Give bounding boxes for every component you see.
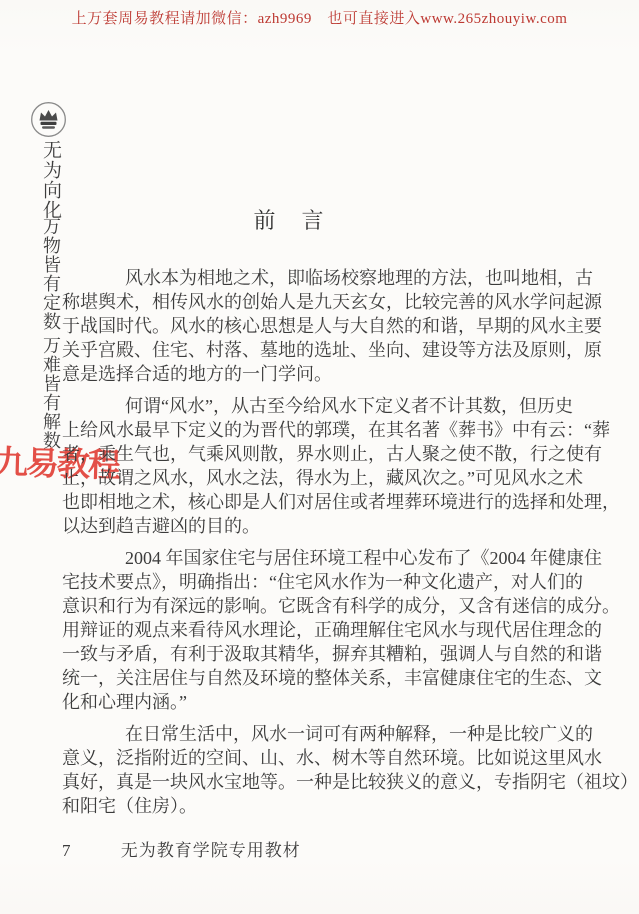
paragraph: 在日常生活中，风水一词可有两种解释，一种是比较广义的意义，泛指附近的空间、山、水… — [62, 722, 592, 818]
text-line: 何谓“风水”，从古至今给风水下定义者不计其数，但历史 — [62, 394, 592, 418]
text-line: 用辩证的观点来看待风水理论，正确理解住宅风水与现代居住理念的 — [62, 618, 592, 642]
publisher-logo — [30, 101, 67, 138]
text-line: 在日常生活中，风水一词可有两种解释，一种是比较广义的 — [62, 722, 592, 746]
text-line: 和阳宅（住房）。 — [62, 794, 592, 818]
brand-name-vertical: 无为向化 — [37, 140, 64, 220]
text-line: 以达到趋吉避凶的目的。 — [62, 514, 592, 538]
paragraph: 2004 年国家住宅与居住环境工程中心发布了《2004 年健康住宅技术要点》，明… — [62, 546, 592, 714]
paragraph: 何谓“风水”，从古至今给风水下定义者不计其数，但历史上给风水最早下定义的为晋代的… — [62, 394, 592, 538]
promo-text: 上万套周易教程请加微信：azh9969 也可直接进入www.265zhouyiw… — [72, 11, 568, 27]
text-line: 称堪舆术，相传风水的创始人是九天玄女，比较完善的风水学问起源 — [62, 290, 592, 314]
sidebar-motto-1: 万物皆有定数 — [38, 217, 64, 331]
text-line: 上给风水最早下定义的为晋代的郭璞，在其名著《葬书》中有云：“葬 — [62, 418, 592, 442]
text-line: 意识和行为有深远的影响。它既含有科学的成分，又含有迷信的成分。 — [62, 594, 592, 618]
text-line: 止，故谓之风水，风水之法，得水为上，藏风次之。”可见风水之术 — [62, 466, 592, 490]
scanned-document-page: 上万套周易教程请加微信：azh9969 也可直接进入www.265zhouyiw… — [0, 0, 639, 914]
paragraph: 风水本为相地之术，即临场校察地理的方法，也叫地相，古称堪舆术，相传风水的创始人是… — [62, 266, 592, 386]
text-line: 统一，关注居住与自然及环境的整体关系，丰富健康住宅的生态、文 — [62, 666, 592, 690]
text-line: 者，乘生气也，气乘风则散，界水则止，古人聚之使不散，行之使有 — [62, 442, 592, 466]
document-body: 风水本为相地之术，即临场校察地理的方法，也叫地相，古称堪舆术，相传风水的创始人是… — [62, 266, 592, 826]
text-line: 关乎宫殿、住宅、村落、墓地的选址、坐向、建设等方法及原则，原 — [62, 338, 592, 362]
text-line: 意义，泛指附近的空间、山、水、树木等自然环境。比如说这里风水 — [62, 746, 592, 770]
imprint-text: 无为教育学院专用教材 — [121, 841, 301, 860]
text-line: 化和心理内涵。” — [62, 690, 592, 714]
text-line: 风水本为相地之术，即临场校察地理的方法，也叫地相，古 — [62, 266, 592, 290]
page-title: 前 言 — [62, 204, 517, 235]
text-line: 于战国时代。风水的核心思想是人与大自然的和谐，早期的风水主要 — [62, 314, 592, 338]
text-line: 一致与矛盾，有利于汲取其精华，摒弃其糟粕，强调人与自然的和谐 — [62, 642, 592, 666]
sidebar-motto-2: 万难皆有解数 — [38, 336, 64, 450]
text-line: 意是选择合适的地方的一门学问。 — [62, 362, 592, 386]
text-line: 宅技术要点》，明确指出：“住宅风水作为一种文化遗产，对人们的 — [62, 570, 592, 594]
page-number: 7 — [62, 841, 71, 860]
text-line: 真好，真是一块风水宝地等。一种是比较狭义的意义，专指阴宅（祖坟） — [62, 770, 592, 794]
promo-banner: 上万套周易教程请加微信：azh9969 也可直接进入www.265zhouyiw… — [0, 7, 639, 28]
page-footer: 7 无为教育学院专用教材 — [62, 836, 301, 861]
text-line: 也即相地之术，核心即是人们对居住或者埋葬环境进行的选择和处理， — [62, 490, 592, 514]
text-line: 2004 年国家住宅与居住环境工程中心发布了《2004 年健康住 — [62, 546, 592, 570]
